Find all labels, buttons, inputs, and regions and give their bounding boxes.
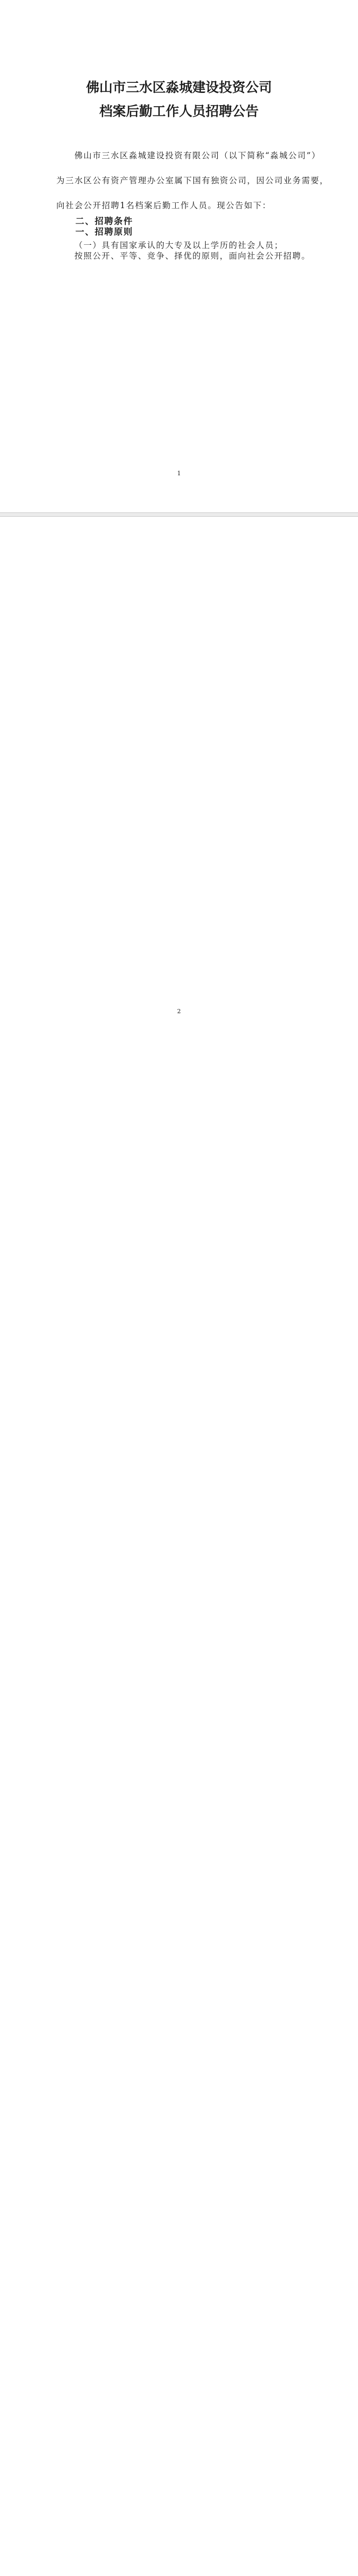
intro-line: 佛山市三水区淼城建设投资有限公司（以下简称“淼城公司”） [74,150,326,161]
intro-line: 向社会公开招聘1名档案后勤工作人员。现公告如下： [56,200,326,211]
section-heading: 一、招聘原则 [75,227,345,237]
page-1: 佛山市三水区淼城建设投资公司 档案后勤工作人员招聘公告 佛山市三水区淼城建设投资… [0,0,358,512]
intro-line: 为三水区公有资产管理办公室属下国有独资公司，因公司业务需要， [56,175,326,186]
page-number: 2 [0,1008,358,1015]
body-line: （一）具有国家承认的大专及以上学历的社会人员； [74,240,326,251]
body-line: 按照公开、平等、竞争、择优的原则，面向社会公开招聘。 [74,251,326,261]
doc-title-line1: 佛山市三水区淼城建设投资公司 [0,77,358,96]
page-number: 1 [0,470,358,477]
doc-title-line2: 档案后勤工作人员招聘公告 [0,101,358,120]
page-separator [0,512,358,517]
page-2: 2 [0,517,358,1028]
section-heading: 二、招聘条件 [75,216,345,227]
